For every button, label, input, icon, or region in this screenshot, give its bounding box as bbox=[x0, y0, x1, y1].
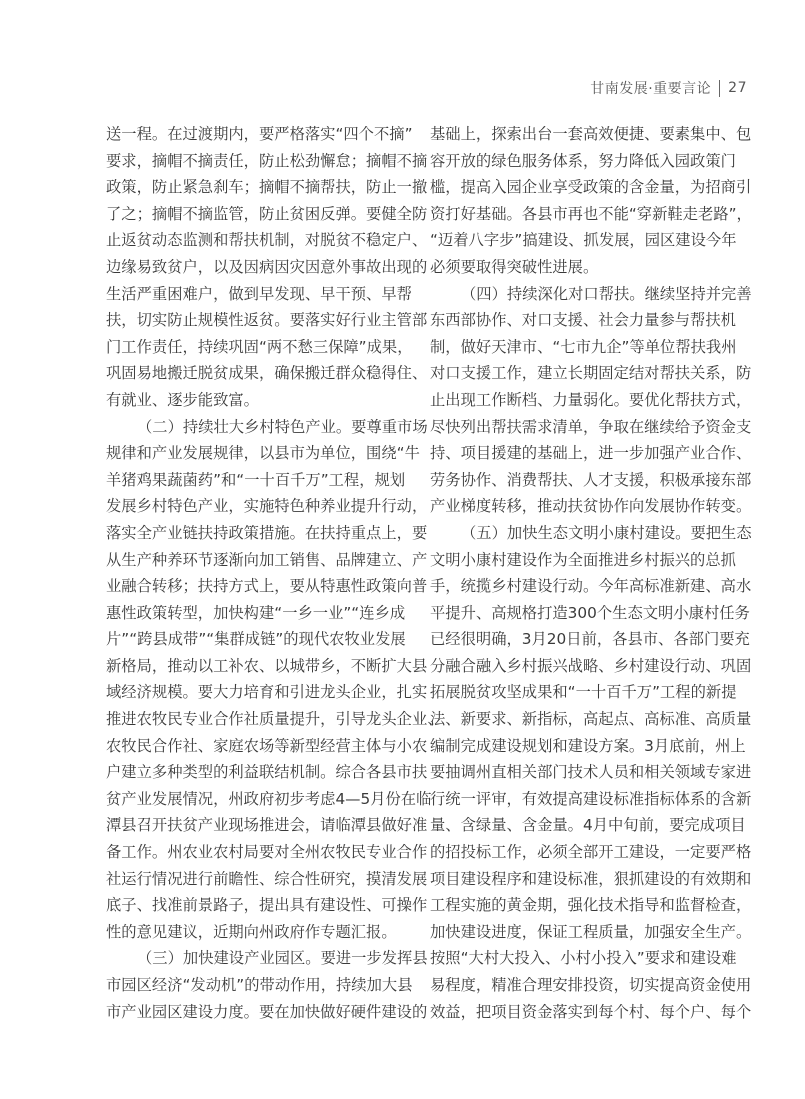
text-line: 从生产种养环节逐渐向加工销售、品牌建立、产 bbox=[106, 547, 403, 574]
text-line: 拓展脱贫攻坚成果和“一十百千万”工程的新提 bbox=[430, 679, 727, 706]
text-line: 巩固易地搬迁脱贫成果，确保搬迁群众稳得住、 bbox=[106, 360, 403, 387]
text-line: （三）加快建设产业园区。要进一步发挥县 bbox=[106, 945, 403, 972]
text-line: 平提升、高规格打造300个生态文明小康村任务 bbox=[430, 600, 727, 627]
text-line: 尽快列出帮扶需求清单，争取在继续给予资金支 bbox=[430, 414, 727, 441]
header-divider bbox=[719, 80, 720, 97]
text-line: 发展乡村特色产业，实施特色种养业提升行动， bbox=[106, 493, 403, 520]
text-line: 效益，把项目资金落实到每个村、每个户、每个 bbox=[430, 999, 727, 1026]
text-line: 止出现工作断档、力量弱化。要优化帮扶方式， bbox=[430, 387, 727, 414]
text-line: 量、含绿量、含金量。4月中旬前，要完成项目 bbox=[430, 812, 727, 839]
text-line: 羊猪鸡果蔬菌药”和“一十百千万”工程，规划 bbox=[106, 467, 403, 494]
text-line: 了之；摘帽不摘监管，防止贫困反弹。要健全防 bbox=[106, 201, 403, 228]
text-line: 加快建设进度，保证工程质量，加强安全生产。 bbox=[430, 919, 727, 946]
text-line: 送一程。在过渡期内，要严格落实“四个不摘” bbox=[106, 121, 403, 148]
section-title: 甘南发展·重要言论 bbox=[590, 78, 711, 98]
text-line: 规律和产业发展规律，以县市为单位，围绕“牛 bbox=[106, 440, 403, 467]
text-line: 社运行情况进行前瞻性、综合性研究，摸清发展 bbox=[106, 866, 403, 893]
text-line: 业融合转移；扶持方式上，要从特惠性政策向普 bbox=[106, 573, 403, 600]
text-line: 文明小康村建设作为全面推进乡村振兴的总抓 bbox=[430, 547, 727, 574]
text-line: 推进农牧民专业合作社质量提升，引导龙头企业、 bbox=[106, 706, 403, 733]
running-header: 甘南发展·重要言论 27 bbox=[590, 78, 747, 98]
text-line: （四）持续深化对口帮扶。继续坚持并完善 bbox=[430, 281, 727, 308]
text-line: 劳务协作、消费帮扶、人才支援，积极承接东部 bbox=[430, 467, 727, 494]
text-line: 手，统揽乡村建设行动。今年高标准新建、高水 bbox=[430, 573, 727, 600]
text-line: 备工作。州农业农村局要对全州农牧民专业合作 bbox=[106, 839, 403, 866]
text-line: 东西部协作、对口支援、社会力量参与帮扶机 bbox=[430, 307, 727, 334]
text-line: 门工作责任，持续巩固“两不愁三保障”成果， bbox=[106, 334, 403, 361]
text-line: 基础上，探索出台一套高效便捷、要素集中、包 bbox=[430, 121, 727, 148]
text-line: 产业梯度转移，推动扶贫协作向发展协作转变。 bbox=[430, 493, 727, 520]
text-line: 编制完成建设规划和建设方案。3月底前，州上 bbox=[430, 733, 727, 760]
text-line: 落实全产业链扶持政策措施。在扶持重点上，要 bbox=[106, 520, 403, 547]
text-line: 边缘易致贫户，以及因病因灾因意外事故出现的 bbox=[106, 254, 403, 281]
text-line: 市产业园区建设力度。要在加快做好硬件建设的 bbox=[106, 999, 403, 1026]
text-line: 生活严重困难户，做到早发现、早干预、早帮 bbox=[106, 281, 403, 308]
text-line: 分融合融入乡村振兴战略、乡村建设行动、巩固 bbox=[430, 653, 727, 680]
text-line: 资打好基础。各县市再也不能“穿新鞋走老路”， bbox=[430, 201, 727, 228]
text-line: 法、新要求、新指标，高起点、高标准、高质量 bbox=[430, 706, 727, 733]
text-line: 政策，防止紧急刹车；摘帽不摘帮扶，防止一撤 bbox=[106, 174, 403, 201]
text-line: 市园区经济“发动机”的带动作用，持续加大县 bbox=[106, 972, 403, 999]
text-line: （二）持续壮大乡村特色产业。要尊重市场 bbox=[106, 414, 403, 441]
right-column: 基础上，探索出台一套高效便捷、要素集中、包容开放的绿色服务体系，努力降低入园政策… bbox=[430, 121, 727, 1025]
text-line: 性的意见建议，近期向州政府作专题汇报。 bbox=[106, 919, 403, 946]
text-line: 要抽调州直相关部门技术人员和相关领域专家进 bbox=[430, 759, 727, 786]
text-line: 域经济规模。要大力培育和引进龙头企业，扎实 bbox=[106, 679, 403, 706]
text-line: 贫产业发展情况，州政府初步考虑4—5月份在临 bbox=[106, 786, 403, 813]
text-line: 底子、找准前景路子，提出具有建设性、可操作 bbox=[106, 892, 403, 919]
left-column: 送一程。在过渡期内，要严格落实“四个不摘”要求，摘帽不摘责任，防止松劲懈怠；摘帽… bbox=[106, 121, 403, 1025]
text-line: 按照“大村大投入、小村小投入”要求和建设难 bbox=[430, 945, 727, 972]
text-line: 持、项目援建的基础上，进一步加强产业合作、 bbox=[430, 440, 727, 467]
text-line: 要求，摘帽不摘责任，防止松劲懈怠；摘帽不摘 bbox=[106, 148, 403, 175]
text-line: 新格局，推动以工补农、以城带乡，不断扩大县 bbox=[106, 653, 403, 680]
text-line: 行统一评审，有效提高建设标准指标体系的含新 bbox=[430, 786, 727, 813]
text-line: 片”“跨县成带”“集群成链”的现代农牧业发展 bbox=[106, 626, 403, 653]
text-line: 户建立多种类型的利益联结机制。综合各县市扶 bbox=[106, 759, 403, 786]
text-line: 潭县召开扶贫产业现场推进会，请临潭县做好准 bbox=[106, 812, 403, 839]
text-line: 槛，提高入园企业享受政策的含金量，为招商引 bbox=[430, 174, 727, 201]
text-line: 的招投标工作，必须全部开工建设，一定要严格 bbox=[430, 839, 727, 866]
text-line: 有就业、逐步能致富。 bbox=[106, 387, 403, 414]
text-line: （五）加快生态文明小康村建设。要把生态 bbox=[430, 520, 727, 547]
text-line: 对口支援工作，建立长期固定结对帮扶关系，防 bbox=[430, 360, 727, 387]
text-line: 止返贫动态监测和帮扶机制，对脱贫不稳定户、 bbox=[106, 227, 403, 254]
text-line: 惠性政策转型，加快构建“一乡一业”“连乡成 bbox=[106, 600, 403, 627]
text-line: 已经很明确，3月20日前，各县市、各部门要充 bbox=[430, 626, 727, 653]
text-line: 制，做好天津市、“七市九企”等单位帮扶我州 bbox=[430, 334, 727, 361]
text-line: “迈着八字步”搞建设、抓发展，园区建设今年 bbox=[430, 227, 727, 254]
text-line: 易程度，精准合理安排投资，切实提高资金使用 bbox=[430, 972, 727, 999]
text-line: 农牧民合作社、家庭农场等新型经营主体与小农 bbox=[106, 733, 403, 760]
text-line: 工程实施的黄金期，强化技术指导和监督检查， bbox=[430, 892, 727, 919]
page-number: 27 bbox=[728, 80, 747, 96]
text-line: 扶，切实防止规模性返贫。要落实好行业主管部 bbox=[106, 307, 403, 334]
text-line: 项目建设程序和建设标准，狠抓建设的有效期和 bbox=[430, 866, 727, 893]
text-line: 必须要取得突破性进展。 bbox=[430, 254, 727, 281]
text-line: 容开放的绿色服务体系，努力降低入园政策门 bbox=[430, 148, 727, 175]
